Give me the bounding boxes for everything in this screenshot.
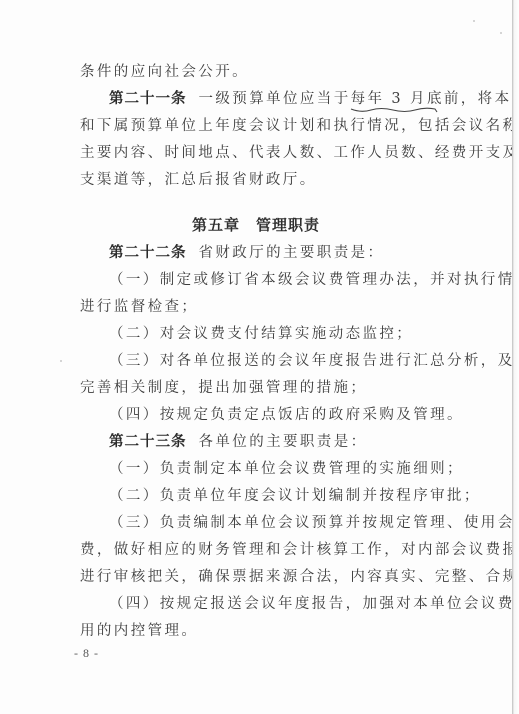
list-item-continuation: 用的内控管理。 <box>80 621 456 641</box>
wavy-underline-icon <box>349 105 441 115</box>
article-21-first-line: 第二十一条一级预算单位应当于每年 3 月底前，将本级 <box>109 89 456 109</box>
list-item-continuation: 费，做好相应的财务管理和会计核算工作，对内部会议费报销 <box>80 540 456 560</box>
page-edge-border <box>512 0 519 714</box>
document-page: 条件的应向社会公开。 第二十一条一级预算单位应当于每年 3 月底前，将本级 和下… <box>0 0 512 714</box>
article-22-heading: 第二十二条 <box>109 245 187 261</box>
article-23-lead: 各单位的主要职责是： <box>199 434 368 450</box>
text-line: 条件的应向社会公开。 <box>80 62 456 82</box>
scan-speck <box>473 20 475 22</box>
article-21-heading: 第二十一条 <box>109 91 187 107</box>
chapter-heading: 第五章管理职责 <box>0 215 512 235</box>
article-23-heading: 第二十三条 <box>109 434 187 450</box>
list-item: （四）按规定负责定点饭店的政府采购及管理。 <box>109 405 456 425</box>
article-22-lead: 省财政厅的主要职责是： <box>199 245 385 261</box>
handwritten-underline-mark: 每年 3 月底前 <box>351 89 461 109</box>
scan-speck <box>170 470 172 472</box>
list-item-continuation: 完善相关制度，提出加强管理的措施； <box>80 378 456 398</box>
list-item-continuation: 进行审核把关，确保票据来源合法，内容真实、完整、合规； <box>80 567 456 587</box>
text-line: 主要内容、时间地点、代表人数、工作人员数、经费开支及列 <box>80 143 456 163</box>
list-item: （一）制定或修订省本级会议费管理办法，并对执行情况 <box>109 270 456 290</box>
article-22-first-line: 第二十二条省财政厅的主要职责是： <box>109 243 456 263</box>
article-23-first-line: 第二十三条各单位的主要职责是： <box>109 432 456 452</box>
list-item: （四）按规定报送会议年度报告，加强对本单位会议费使 <box>109 594 456 614</box>
list-item: （一）负责制定本单位会议费管理的实施细则； <box>109 459 456 479</box>
list-item: （二）对会议费支付结算实施动态监控； <box>109 324 456 344</box>
text-fragment: ，将本级 <box>461 91 519 107</box>
list-item: （三）负责编制本单位会议预算并按规定管理、使用会议 <box>109 513 456 533</box>
text-fragment: 一级预算单位应当于 <box>199 91 351 107</box>
chapter-title: 管理职责 <box>256 216 320 234</box>
list-item: （三）对各单位报送的会议年度报告进行汇总分析，及时 <box>109 351 456 371</box>
list-item: （二）负责单位年度会议计划编制并按程序审批； <box>109 486 456 506</box>
page-number: - 8 - <box>74 646 99 661</box>
text-line: 和下属预算单位上年度会议计划和执行情况，包括会议名称、 <box>80 116 456 136</box>
chapter-number: 第五章 <box>192 216 240 234</box>
scan-speck <box>60 360 62 362</box>
text-line: 支渠道等，汇总后报省财政厅。 <box>80 170 456 190</box>
list-item-continuation: 进行监督检查； <box>80 297 456 317</box>
scan-speck <box>500 32 502 34</box>
